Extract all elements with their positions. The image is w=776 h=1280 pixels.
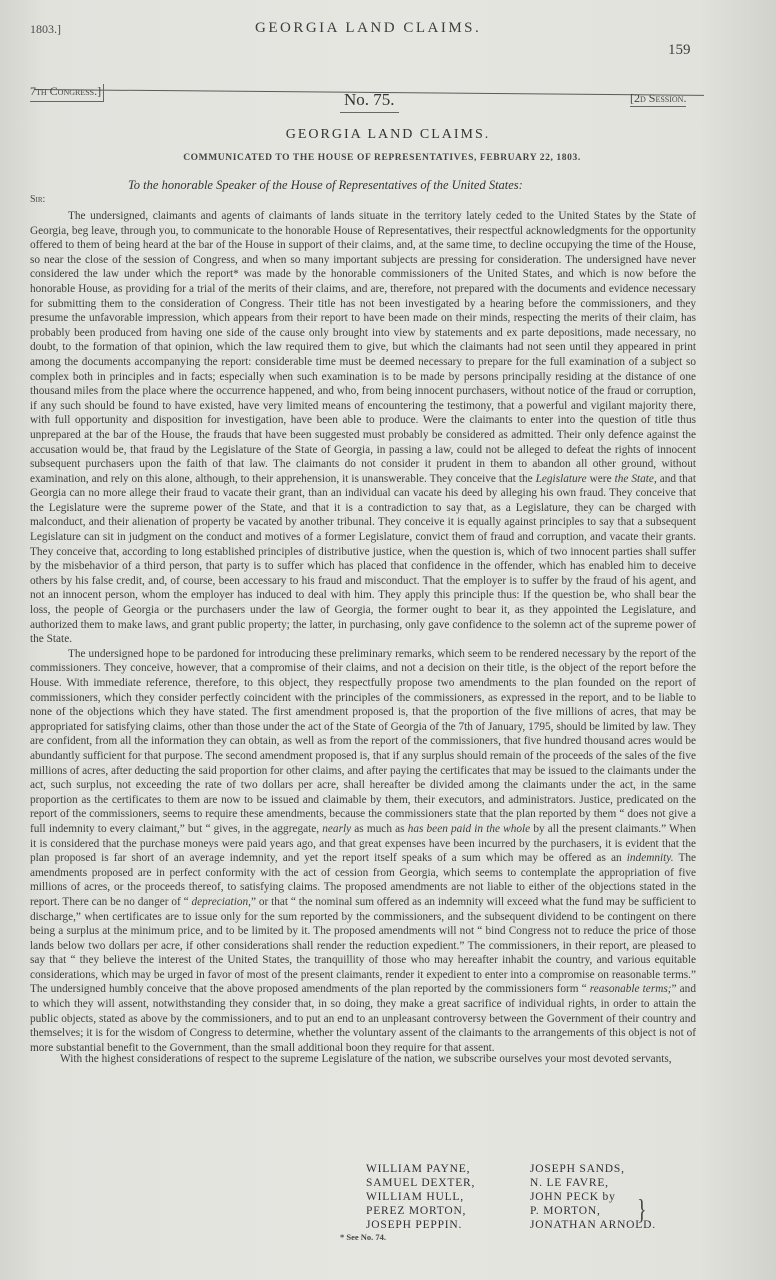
signatory: WILLIAM HULL, [366,1190,475,1204]
footnote: * See No. 74. [340,1232,386,1242]
running-head-year: 1803.] [30,22,61,37]
signatory: SAMUEL DEXTER, [366,1176,475,1190]
running-head: 1803.] GEORGIA LAND CLAIMS. 159 [30,20,696,60]
signatories-left: WILLIAM PAYNE, SAMUEL DEXTER, WILLIAM HU… [366,1162,475,1232]
signatory: JOSEPH PEPPIN. [366,1218,475,1232]
letter-body: The undersigned, claimants and agents of… [30,209,696,1055]
signatory: WILLIAM PAYNE, [366,1162,475,1176]
communicated-line: COMMUNICATED TO THE HOUSE OF REPRESENTAT… [0,153,770,163]
document-title: GEORGIA LAND CLAIMS. [0,127,776,143]
page-number: 159 [668,42,691,59]
paragraph-1: The undersigned, claimants and agents of… [30,209,696,647]
document-number: No. 75. [340,90,399,113]
closing-paragraph: With the highest considerations of respe… [30,1052,696,1067]
running-head-title: GEORGIA LAND CLAIMS. [255,20,481,37]
signatory: PEREZ MORTON, [366,1204,475,1218]
signatory: N. LE FAVRE, [530,1176,656,1190]
salutation: Sir: [30,194,45,205]
document-page: 1803.] GEORGIA LAND CLAIMS. 159 7th Cong… [0,0,776,1280]
brace-icon: } [637,1195,647,1227]
signatory: JOSEPH SANDS, [530,1162,656,1176]
session-label: [2d Session. [630,91,686,107]
address-line: To the honorable Speaker of the House of… [128,178,523,193]
paragraph-2: The undersigned hope to be pardoned for … [30,647,696,1056]
congress-label: 7th Congress.] [30,84,104,102]
